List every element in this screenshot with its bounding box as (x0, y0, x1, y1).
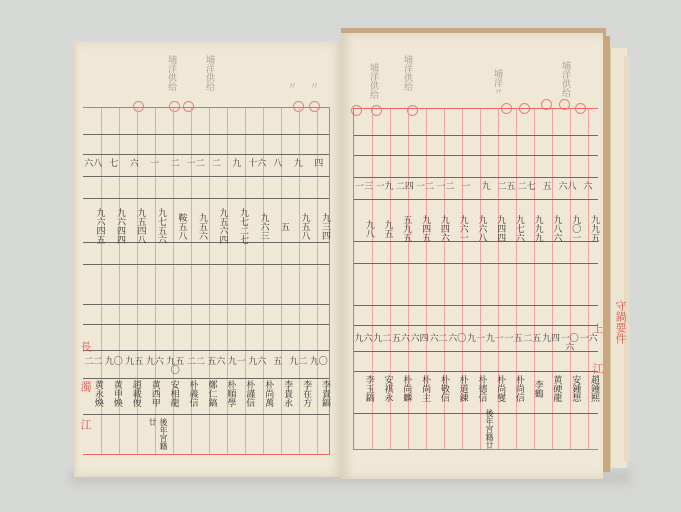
name-entry: 朴尚萬 (253, 380, 272, 407)
row-values-1: 一三 一九 二四 一二 一二 一 九 二五 二七 五 六八 六 (354, 183, 598, 192)
header-note: 埔洋供给 (165, 55, 178, 91)
margin-stamp: 江 (77, 419, 93, 430)
page-stack-edge-inner (624, 56, 630, 461)
header-note: 〃 (307, 81, 320, 90)
header-note: 埔洋供给 (203, 55, 216, 91)
name-entry: 李鶴 (523, 375, 542, 402)
ledger-grid: 一三 一九 二四 一二 一二 一 九 二五 二七 五 六八 六 九八 九五 五九… (353, 108, 598, 450)
name-row: 李玉鎬 安祺永 朴尚麟 朴尚主 朴敬信 朴道錬 朴德信 朴尚燮 朴尚信 李鶴 黄… (354, 375, 598, 402)
name-entry: 李在方 (291, 380, 310, 407)
name-entry: 朴道錬 (448, 375, 467, 402)
name-entry: 趙載俊 (121, 380, 140, 407)
name-entry: 李貴鎬 (310, 380, 329, 407)
name-entry: 朴順學 (215, 380, 234, 407)
margin-stamp: 濁 (77, 381, 93, 392)
annotation: 後年宮籍廿 (147, 418, 169, 454)
margin-stamp: 江 (589, 363, 605, 374)
right-page: 埔洋供给 埔洋供给 埔洋〃 埔洋供给 一三 一九 二四 一二 一二 一 九 二五… (341, 33, 603, 479)
name-entry: 朴謹信 (234, 380, 253, 407)
name-entry: 朴尚燮 (485, 375, 504, 402)
row-values-2: 九八 九五 五九五 九四五 九四六 九六一 九六八 九四四 九七六 九九九 九八… (354, 215, 598, 242)
row-values-1: 六八 七 六 一 二 一二 二 九 十六 八 九 四 (83, 160, 329, 169)
name-entry: 趙鍾熙 (579, 375, 598, 402)
margin-stamp: 長 (77, 341, 93, 352)
name-entry: 黄申煥 (102, 380, 121, 407)
name-entry: 鄭仁鎬 (197, 380, 216, 407)
name-entry: 朴尚麟 (392, 375, 411, 402)
header-note: 埔洋供给 (401, 55, 414, 91)
name-entry: 朴德信 (467, 375, 486, 402)
row-values-3: 九六 九二 五六 六四 六二 六〇 九一 九一 一五 二五 九四 一〇六 一六 (354, 335, 598, 353)
row-values-3: 二二 九〇 九五 九六 九五〇 二二 五六 九一 九六 五 九二 九〇 (83, 358, 329, 376)
header-note: 埔洋供给 (367, 63, 380, 99)
name-entry: 朴敬信 (429, 375, 448, 402)
name-row: 黄永煥 黄申煥 趙載俊 黄西甲 安相龍 朴義信 鄭仁鎬 朴順學 朴謹信 朴尚萬 … (83, 380, 329, 407)
name-entry: 朴義信 (178, 380, 197, 407)
name-entry: 李玉鎬 (354, 375, 373, 402)
name-entry: 安相龍 (159, 380, 178, 407)
name-entry: 安鍾想 (560, 375, 579, 402)
ledger-grid: 六八 七 六 一 二 一二 二 九 十六 八 九 四 九六四五 九六四四 九五四… (83, 107, 330, 455)
row-values-2: 九六四五 九六四四 九五四八 九七五六 鞍五八 九五六 九五六四 九七二七 九六… (83, 208, 329, 244)
margin-stamp: 上 (589, 323, 605, 334)
header-note: 埔洋〃 (491, 69, 504, 96)
left-page: 埔洋供给 埔洋供给 〃 〃 六八 七 六 一 二 一二 二 九 十六 八 九 四 (74, 41, 343, 477)
name-entry: 朴尚信 (504, 375, 523, 402)
name-entry: 李貴永 (272, 380, 291, 407)
cover-label: 守鍋要件 (612, 300, 628, 344)
annotation: 後年宮籍廿 (484, 409, 495, 449)
name-entry: 安祺永 (373, 375, 392, 402)
header-note: 〃 (285, 81, 298, 90)
name-entry: 朴尚主 (410, 375, 429, 402)
name-entry: 黄硬龍 (542, 375, 561, 402)
name-entry: 黄西甲 (140, 380, 159, 407)
header-note: 埔洋供给 (559, 61, 572, 97)
